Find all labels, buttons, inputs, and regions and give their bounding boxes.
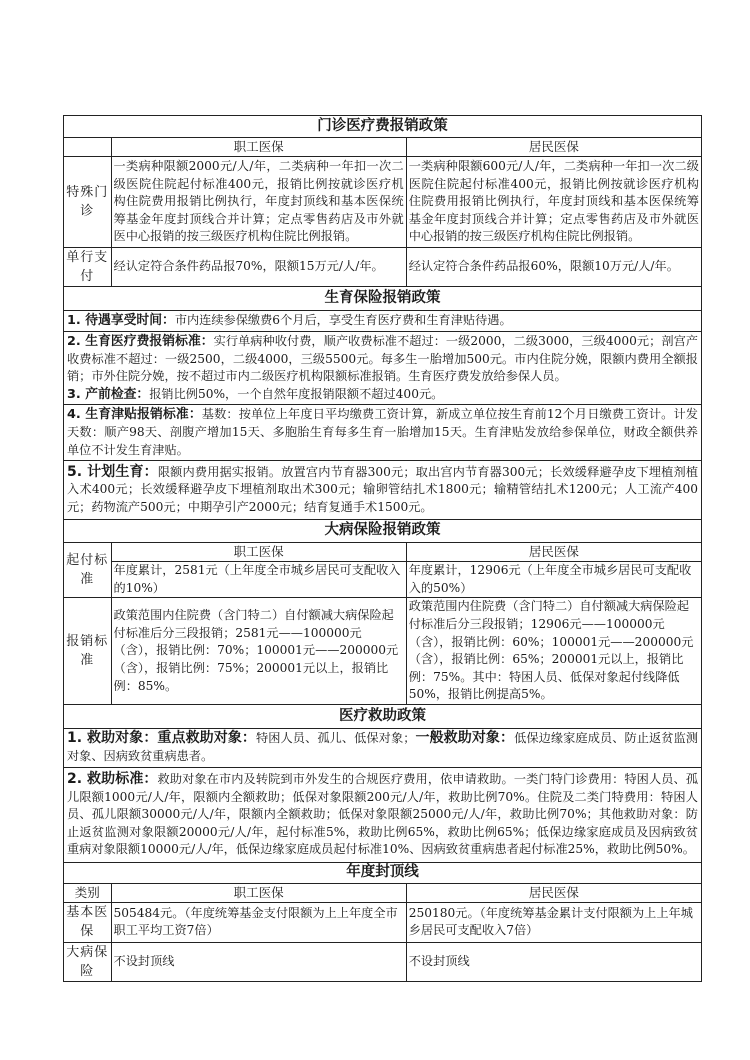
- single-payment-resident: 经认定符合条件药品报60%，限额10万元/人/年。: [406, 248, 701, 287]
- annual-cap-col-category: 类别: [64, 883, 112, 902]
- maternity-title: 生育保险报销政策: [64, 287, 702, 311]
- critical-col-resident: 居民医保: [406, 543, 701, 562]
- basic-cap-employee: 505484元。（年度统筹基金支付限额为上上年度全市职工平均工资7倍）: [111, 902, 406, 942]
- outpatient-column-header: 职工医保 居民医保: [64, 138, 702, 157]
- outpatient-col-resident: 居民医保: [406, 138, 701, 157]
- maternity-item-1: 1. 待遇享受时间：市内连续参保缴费6个月后，享受生育医疗费和生育津贴待遇。: [64, 311, 702, 332]
- assistance-item-2: 2. 救助标准：救助对象在市内及转院到市外发生的合规医疗费用，依申请救助。一类门…: [64, 767, 702, 862]
- assistance-key-recipients-text: 特困人员、孤儿、低保对象；: [256, 731, 415, 745]
- reimbursement-employee: 政策范围内住院费（含门特二）自付额减大病保险起付标准后分三段报销；2581元——…: [111, 598, 406, 705]
- outpatient-section-header: 门诊医疗费报销政策: [64, 116, 702, 138]
- row-label-reimbursement: 报销标准: [64, 598, 112, 705]
- assistance-item-1: 1. 救助对象：重点救助对象：特困人员、孤儿、低保对象；一般救助对象：低保边缘家…: [64, 728, 702, 767]
- assistance-item-2-text: 救助对象在市内及转院到市外发生的合规医疗费用，依申请救助。一类门特门诊费用：特困…: [67, 772, 698, 856]
- assistance-title: 医疗救助政策: [64, 704, 702, 728]
- assistance-section-header: 医疗救助政策: [64, 704, 702, 728]
- maternity-item-4: 4. 生育津贴报销标准：基数：按单位上年度日平均缴费工资计算，新成立单位按生育前…: [64, 405, 702, 461]
- outpatient-corner-cell: [64, 138, 112, 157]
- annual-cap-row-basic: 基本医保 505484元。（年度统筹基金支付限额为上上年度全市职工平均工资7倍）…: [64, 902, 702, 942]
- deductible-resident: 年度累计，12906元（上年度全市城乡居民可支配收入的50%）: [406, 562, 701, 598]
- maternity-item-5: 5. 计划生育：限额内费用据实报销。放置宫内节育器300元；取出宫内节育器300…: [64, 461, 702, 520]
- maternity-item-3-text: 报销比例50%，一个自然年度报销限额不超过400元。: [149, 387, 443, 401]
- policy-table: 门诊医疗费报销政策 职工医保 居民医保 特殊门诊 一类病种限额2000元/人/年…: [63, 115, 702, 982]
- maternity-item-4-lead: 4. 生育津贴报销标准：: [67, 407, 202, 422]
- maternity-item-5-lead: 5. 计划生育：: [67, 464, 158, 480]
- outpatient-row-special: 特殊门诊 一类病种限额2000元/人/年，二类病种一年扣一次二级医院住院起付标准…: [64, 157, 702, 248]
- maternity-item-3-lead: 3. 产前检查：: [67, 387, 149, 402]
- critical-cap-resident: 不设封顶线: [406, 942, 701, 981]
- maternity-item-2-3: 2. 生育医疗费报销标准：实行单病种收付费，顺产收费标准不超过：一级2000，二…: [64, 332, 702, 405]
- critical-row-deductible: 年度累计，2581元（上年度全市城乡居民可支配收入的10%） 年度累计，1290…: [64, 562, 702, 598]
- assistance-key-recipients-label: 重点救助对象：: [157, 730, 256, 746]
- maternity-item-1-text: 市内连续参保缴费6个月后，享受生育医疗费和生育津贴待遇。: [175, 313, 512, 327]
- annual-cap-section-header: 年度封顶线: [64, 862, 702, 883]
- outpatient-col-employee: 职工医保: [111, 138, 406, 157]
- assistance-item-1-lead: 1. 救助对象：: [67, 730, 157, 746]
- maternity-section-header: 生育保险报销政策: [64, 287, 702, 311]
- row-label-critical-insurance: 大病保险: [64, 942, 112, 981]
- maternity-item-2-lead: 2. 生育医疗费报销标准：: [67, 334, 214, 349]
- annual-cap-col-resident: 居民医保: [406, 883, 701, 902]
- critical-col-employee: 职工医保: [111, 543, 406, 562]
- annual-cap-title: 年度封顶线: [64, 862, 702, 883]
- reimbursement-resident: 政策范围内住院费（含门特二）自付额减大病保险起付标准后分三段报销；12906元—…: [406, 598, 701, 705]
- policy-document: 门诊医疗费报销政策 职工医保 居民医保 特殊门诊 一类病种限额2000元/人/年…: [63, 115, 702, 982]
- special-outpatient-resident: 一类病种限额600元/人/年，二类病种一年扣一次二级医院住院起付标准400元，报…: [406, 157, 701, 248]
- deductible-employee: 年度累计，2581元（上年度全市城乡居民可支配收入的10%）: [111, 562, 406, 598]
- single-payment-employee: 经认定符合条件药品报70%，限额15万元/人/年。: [111, 248, 406, 287]
- outpatient-title: 门诊医疗费报销政策: [64, 116, 702, 138]
- assistance-item-2-lead: 2. 救助标准：: [67, 771, 158, 787]
- critical-row-reimbursement: 报销标准 政策范围内住院费（含门特二）自付额减大病保险起付标准后分三段报销；25…: [64, 598, 702, 705]
- maternity-item-5-text: 限额内费用据实报销。放置宫内节育器300元；取出宫内节育器300元；长效缓释避孕…: [67, 465, 698, 514]
- row-label-basic-insurance: 基本医保: [64, 902, 112, 942]
- basic-cap-resident: 250180元。（年度统筹基金累计支付限额为上上年城乡居民可支配收入7倍）: [406, 902, 701, 942]
- critical-section-header: 大病保险报销政策: [64, 520, 702, 543]
- row-label-single-payment: 单行支付: [64, 248, 112, 287]
- special-outpatient-employee: 一类病种限额2000元/人/年，二类病种一年扣一次二级医院住院起付标准400元，…: [111, 157, 406, 248]
- critical-cap-employee: 不设封顶线: [111, 942, 406, 981]
- annual-cap-column-header: 类别 职工医保 居民医保: [64, 883, 702, 902]
- outpatient-row-single-payment: 单行支付 经认定符合条件药品报70%，限额15万元/人/年。 经认定符合条件药品…: [64, 248, 702, 287]
- annual-cap-row-critical: 大病保险 不设封顶线 不设封顶线: [64, 942, 702, 981]
- critical-title: 大病保险报销政策: [64, 520, 702, 543]
- assistance-general-recipients-label: 一般救助对象：: [415, 730, 514, 746]
- critical-column-header: 起付标准 职工医保 居民医保: [64, 543, 702, 562]
- maternity-item-1-lead: 1. 待遇享受时间：: [67, 313, 175, 328]
- row-label-special-outpatient: 特殊门诊: [64, 157, 112, 248]
- row-label-deductible: 起付标准: [64, 543, 112, 598]
- annual-cap-col-employee: 职工医保: [111, 883, 406, 902]
